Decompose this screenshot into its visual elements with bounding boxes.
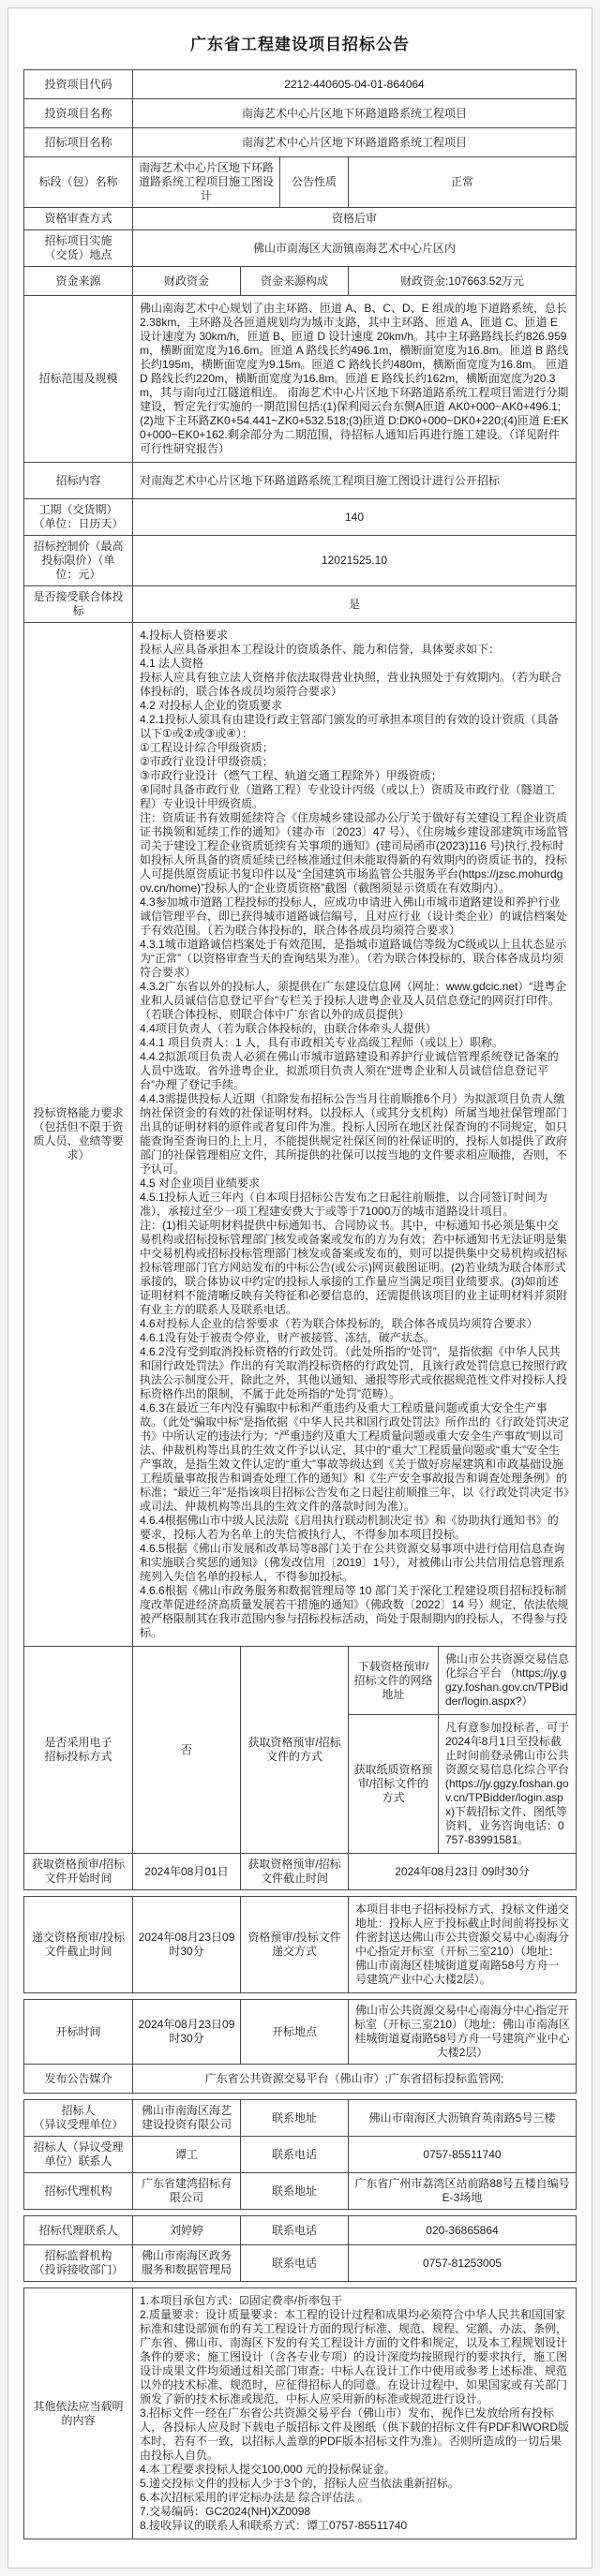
doc-obtain-nested-cell: 下载资格预审/招标文件的网络地址 佛山市公共资源交易信息化综合平台 （https… (348, 1647, 576, 1853)
supervisor-name: 佛山市南海区政务服务和数据管理局 (132, 2245, 240, 2281)
funds-composition-label: 资金来源构成 (240, 267, 348, 295)
table-row-tender-name: 招标项目名称 南海艺术中心片区地下环路道路系统工程项目 (24, 127, 576, 156)
tenderee-label: 招标人 （异议受理单位） (24, 2100, 132, 2136)
submission-method-label: 资格预审/投标文件递交方式 (240, 1897, 348, 1992)
location-value: 佛山市南海区大沥镇南海艺术中心片区内 (132, 230, 576, 266)
doc-start-label: 获取资格预审/招标文件开始时间 (24, 1854, 132, 1889)
submission-deadline-value: 2024年08月23日09时30分 (132, 1897, 240, 1992)
table-row-agency: 招标代理机构 广东省建湾招标有限公司 联系地址 广东省广州市荔湾区站前路88号五… (24, 2172, 576, 2209)
notice-nature-label: 公告性质 (279, 157, 348, 207)
table-row-consortium: 是否接受联合体投标 是 (24, 585, 576, 622)
scope-label: 招标范围及规模 (24, 296, 132, 462)
table-row-funds: 资金来源 财政资金 资金来源构成 财政资金:107663.52万元 (24, 266, 576, 295)
table-row-qualification-method: 资格审查方式 资格后审 (24, 207, 576, 229)
submission-deadline-label: 递交资格预审/投标文件截止时间 (24, 1897, 132, 1992)
table-row-invest-name: 投资项目名称 南海艺术中心片区地下环路道路系统工程项目 (24, 98, 576, 127)
consortium-value: 是 (132, 586, 576, 622)
table-row-duration: 工期（交货期） （单位：日历天） 140 (24, 498, 576, 535)
table-row-doc-start: 获取资格预审/招标文件开始时间 2024年08月01日 获取资格预审/招标文件截… (24, 1853, 576, 1889)
duration-value: 140 (132, 499, 576, 535)
funds-label: 资金来源 (24, 267, 132, 295)
price-limit-label: 招标控制价（最高 投标限价）（单 位：元） (24, 536, 132, 585)
table-row-price-limit: 招标控制价（最高 投标限价）（单 位：元） 12021525.10 (24, 535, 576, 585)
doc-paper-method-label: 获取纸质资格预审/招标文件的方式 (349, 1715, 438, 1853)
supervisor-phone-label: 联系电话 (240, 2245, 348, 2281)
requirements-label: 投标资格能力要求（包括但不限于资质人员、业绩等要求） (24, 623, 132, 1646)
consortium-label: 是否接受联合体投标 (24, 586, 132, 622)
funds-composition-value: 财政资金:107663.52万元 (348, 267, 576, 295)
notice-nature-value: 正常 (348, 157, 576, 207)
table-row-tenderee: 招标人 （异议受理单位） 佛山市南海区海艺建设投资有限公司 联系地址 佛山市南海… (24, 2100, 576, 2136)
submission-table: 递交资格预审/投标文件截止时间 2024年08月23日09时30分 资格预审/投… (23, 1896, 577, 1993)
doc-end-label: 获取资格预审/招标文件截止时间 (240, 1854, 348, 1889)
table-row-requirements: 投标资格能力要求（包括但不限于资质人员、业绩等要求） 4.投标人资格要求 投标人… (24, 622, 576, 1646)
doc-download-subrow: 下载资格预审/招标文件的网络地址 佛山市公共资源交易信息化综合平台 （https… (349, 1647, 576, 1714)
supervisor-label: 招标监督机构 （投诉接收部门） (24, 2245, 132, 2281)
media-label: 发布公告媒介 (24, 2065, 132, 2093)
table-row-location: 招标项目实施 （交货）地点 佛山市南海区大沥镇南海艺术中心片区内 (24, 229, 576, 266)
agency-label: 招标代理机构 (24, 2173, 132, 2209)
doc-obtain-method-label: 获取资格预审/招标文件的方式 (240, 1647, 348, 1853)
opening-table: 开标时间 2024年08月23日09时30分 开标地点 佛山市公共资源交易中心南… (23, 1999, 577, 2094)
other-content-table: 其他依法应当载明的内容 1.本项目承包方式：☑固定费率/折率包干 2.质量要求：… (23, 2287, 577, 2539)
doc-download-url-label: 下载资格预审/招标文件的网络地址 (349, 1647, 438, 1714)
table-row-agency-contact: 招标代理联系人 刘婷婷 联系电话 020-36865864 (24, 2216, 576, 2244)
opening-place-label: 开标地点 (240, 2000, 348, 2064)
table-row-scope: 招标范围及规模 佛山南海艺术中心规划了由主环路、匝道 A、B、C、D、E 组成的… (24, 295, 576, 462)
submission-method-value: 本项目非电子招标投标方式，投标文件递交地址：投标人应于投标截止时间前将投标文件密… (348, 1897, 576, 1992)
page-title: 广东省工程建设项目招标公告 (23, 31, 577, 54)
doc-paper-method-value: 凡有意参加投标者，可于2024年8月1日至投标截止时间前登录佛山市公共资源交易信… (438, 1715, 576, 1853)
tenderee-name: 佛山市南海区海艺建设投资有限公司 (132, 2100, 240, 2136)
supervisor-phone-value: 0757-81253005 (348, 2245, 576, 2281)
duration-label: 工期（交货期） （单位：日历天） (24, 499, 132, 535)
opening-time-label: 开标时间 (24, 2000, 132, 2064)
table-row-opening: 开标时间 2024年08月23日09时30分 开标地点 佛山市公共资源交易中心南… (24, 2000, 576, 2064)
invest-name-value: 南海艺术中心片区地下环路道路系统工程项目 (132, 99, 576, 127)
electronic-bidding-label: 是否采用电子 招标投标方式 (24, 1647, 132, 1853)
table-row-tenderee-contact: 招标人（异议受理 单位）联系人 谭工 联系电话 0757-85511740 (24, 2136, 576, 2172)
tenderee-address-value: 佛山市南海区大沥镇育英南路5号三楼 (348, 2100, 576, 2136)
agency-contact-table: 招标代理联系人 刘婷婷 联系电话 020-36865864 招标监督机构 （投诉… (23, 2215, 577, 2282)
table-row-submission: 递交资格预审/投标文件截止时间 2024年08月23日09时30分 资格预审/投… (24, 1897, 576, 1992)
qualification-method-label: 资格审查方式 (24, 208, 132, 229)
announcement-page: 广东省工程建设项目招标公告 投资项目代码 2212-440605-04-01-8… (7, 7, 592, 2569)
agency-address-value: 广东省广州市荔湾区站前路88号五楼自编号E-3场地 (348, 2173, 576, 2209)
tenderee-contact-name: 谭工 (132, 2137, 240, 2172)
table-row-electronic: 是否采用电子 招标投标方式 否 获取资格预审/招标文件的方式 下载资格预审/招标… (24, 1646, 576, 1853)
opening-time-value: 2024年08月23日09时30分 (132, 2000, 240, 2064)
tender-content-label: 招标内容 (24, 463, 132, 498)
tenderee-phone-label: 联系电话 (240, 2137, 348, 2172)
doc-end-value: 2024年08月23日 09时30分 (348, 1854, 576, 1889)
electronic-bidding-value: 否 (132, 1647, 240, 1853)
tenderee-contact-label: 招标人（异议受理 单位）联系人 (24, 2137, 132, 2172)
project-code-value: 2212-440605-04-01-864064 (132, 70, 576, 98)
doc-start-value: 2024年08月01日 (132, 1854, 240, 1889)
requirements-value: 4.投标人资格要求 投标人应具备承担本工程设计的资质条件、能力和信誉，具体要求如… (132, 623, 576, 1646)
location-label: 招标项目实施 （交货）地点 (24, 230, 132, 266)
scope-value: 佛山南海艺术中心规划了由主环路、匝道 A、B、C、D、E 组成的地下道路系统，总… (132, 296, 576, 462)
agency-name: 广东省建湾招标有限公司 (132, 2173, 240, 2209)
invest-name-label: 投资项目名称 (24, 99, 132, 127)
price-limit-value: 12021525.10 (132, 536, 576, 585)
agency-contact-label: 招标代理联系人 (24, 2216, 132, 2244)
funds-value: 财政资金 (132, 267, 240, 295)
section-label: 标段（包）名称 (24, 157, 132, 207)
media-value: 广东省公共资源交易平台（佛山市）;广东省招标投标监管网; (132, 2065, 576, 2093)
table-row-content: 招标内容 对南海艺术中心片区地下环路道路系统工程项目施工图设计进行公开招标 (24, 462, 576, 498)
qualification-method-value: 资格后审 (132, 208, 576, 229)
other-content-value: 1.本项目承包方式：☑固定费率/折率包干 2.质量要求：设计质量要求：本工程的设… (132, 2288, 576, 2539)
table-row-project-code: 投资项目代码 2212-440605-04-01-864064 (24, 70, 576, 98)
tender-name-label: 招标项目名称 (24, 128, 132, 156)
announcement-main-table: 投资项目代码 2212-440605-04-01-864064 投资项目名称 南… (23, 69, 577, 1890)
tender-content-value: 对南海艺术中心片区地下环路道路系统工程项目施工图设计进行公开招标 (132, 463, 576, 498)
table-row-supervisor: 招标监督机构 （投诉接收部门） 佛山市南海区政务服务和数据管理局 联系电话 07… (24, 2244, 576, 2281)
tender-name-value: 南海艺术中心片区地下环路道路系统工程项目 (132, 128, 576, 156)
project-code-label: 投资项目代码 (24, 70, 132, 98)
tenderee-table: 招标人 （异议受理单位） 佛山市南海区海艺建设投资有限公司 联系地址 佛山市南海… (23, 2099, 577, 2210)
other-content-label: 其他依法应当载明的内容 (24, 2288, 132, 2539)
agency-phone-value: 020-36865864 (348, 2216, 576, 2244)
doc-download-url-value: 佛山市公共资源交易信息化综合平台 （https://jy.ggzy.foshan… (438, 1647, 576, 1714)
table-row-section: 标段（包）名称 南海艺术中心片区地下环路道路系统工程项目施工图设计 公告性质 正… (24, 156, 576, 207)
agency-address-label: 联系地址 (240, 2173, 348, 2209)
table-row-other: 其他依法应当载明的内容 1.本项目承包方式：☑固定费率/折率包干 2.质量要求：… (24, 2288, 576, 2539)
agency-phone-label: 联系电话 (240, 2216, 348, 2244)
tenderee-address-label: 联系地址 (240, 2100, 348, 2136)
section-value: 南海艺术中心片区地下环路道路系统工程项目施工图设计 (132, 157, 279, 207)
table-row-media: 发布公告媒介 广东省公共资源交易平台（佛山市）;广东省招标投标监管网; (24, 2064, 576, 2093)
agency-contact-name: 刘婷婷 (132, 2216, 240, 2244)
tenderee-phone-value: 0757-85511740 (348, 2137, 576, 2172)
doc-paper-subrow: 获取纸质资格预审/招标文件的方式 凡有意参加投标者，可于2024年8月1日至投标… (349, 1714, 576, 1853)
opening-place-value: 佛山市公共资源交易中心南海分中心指定开标室（开标三室210）（地址：佛山市南海区… (348, 2000, 576, 2064)
